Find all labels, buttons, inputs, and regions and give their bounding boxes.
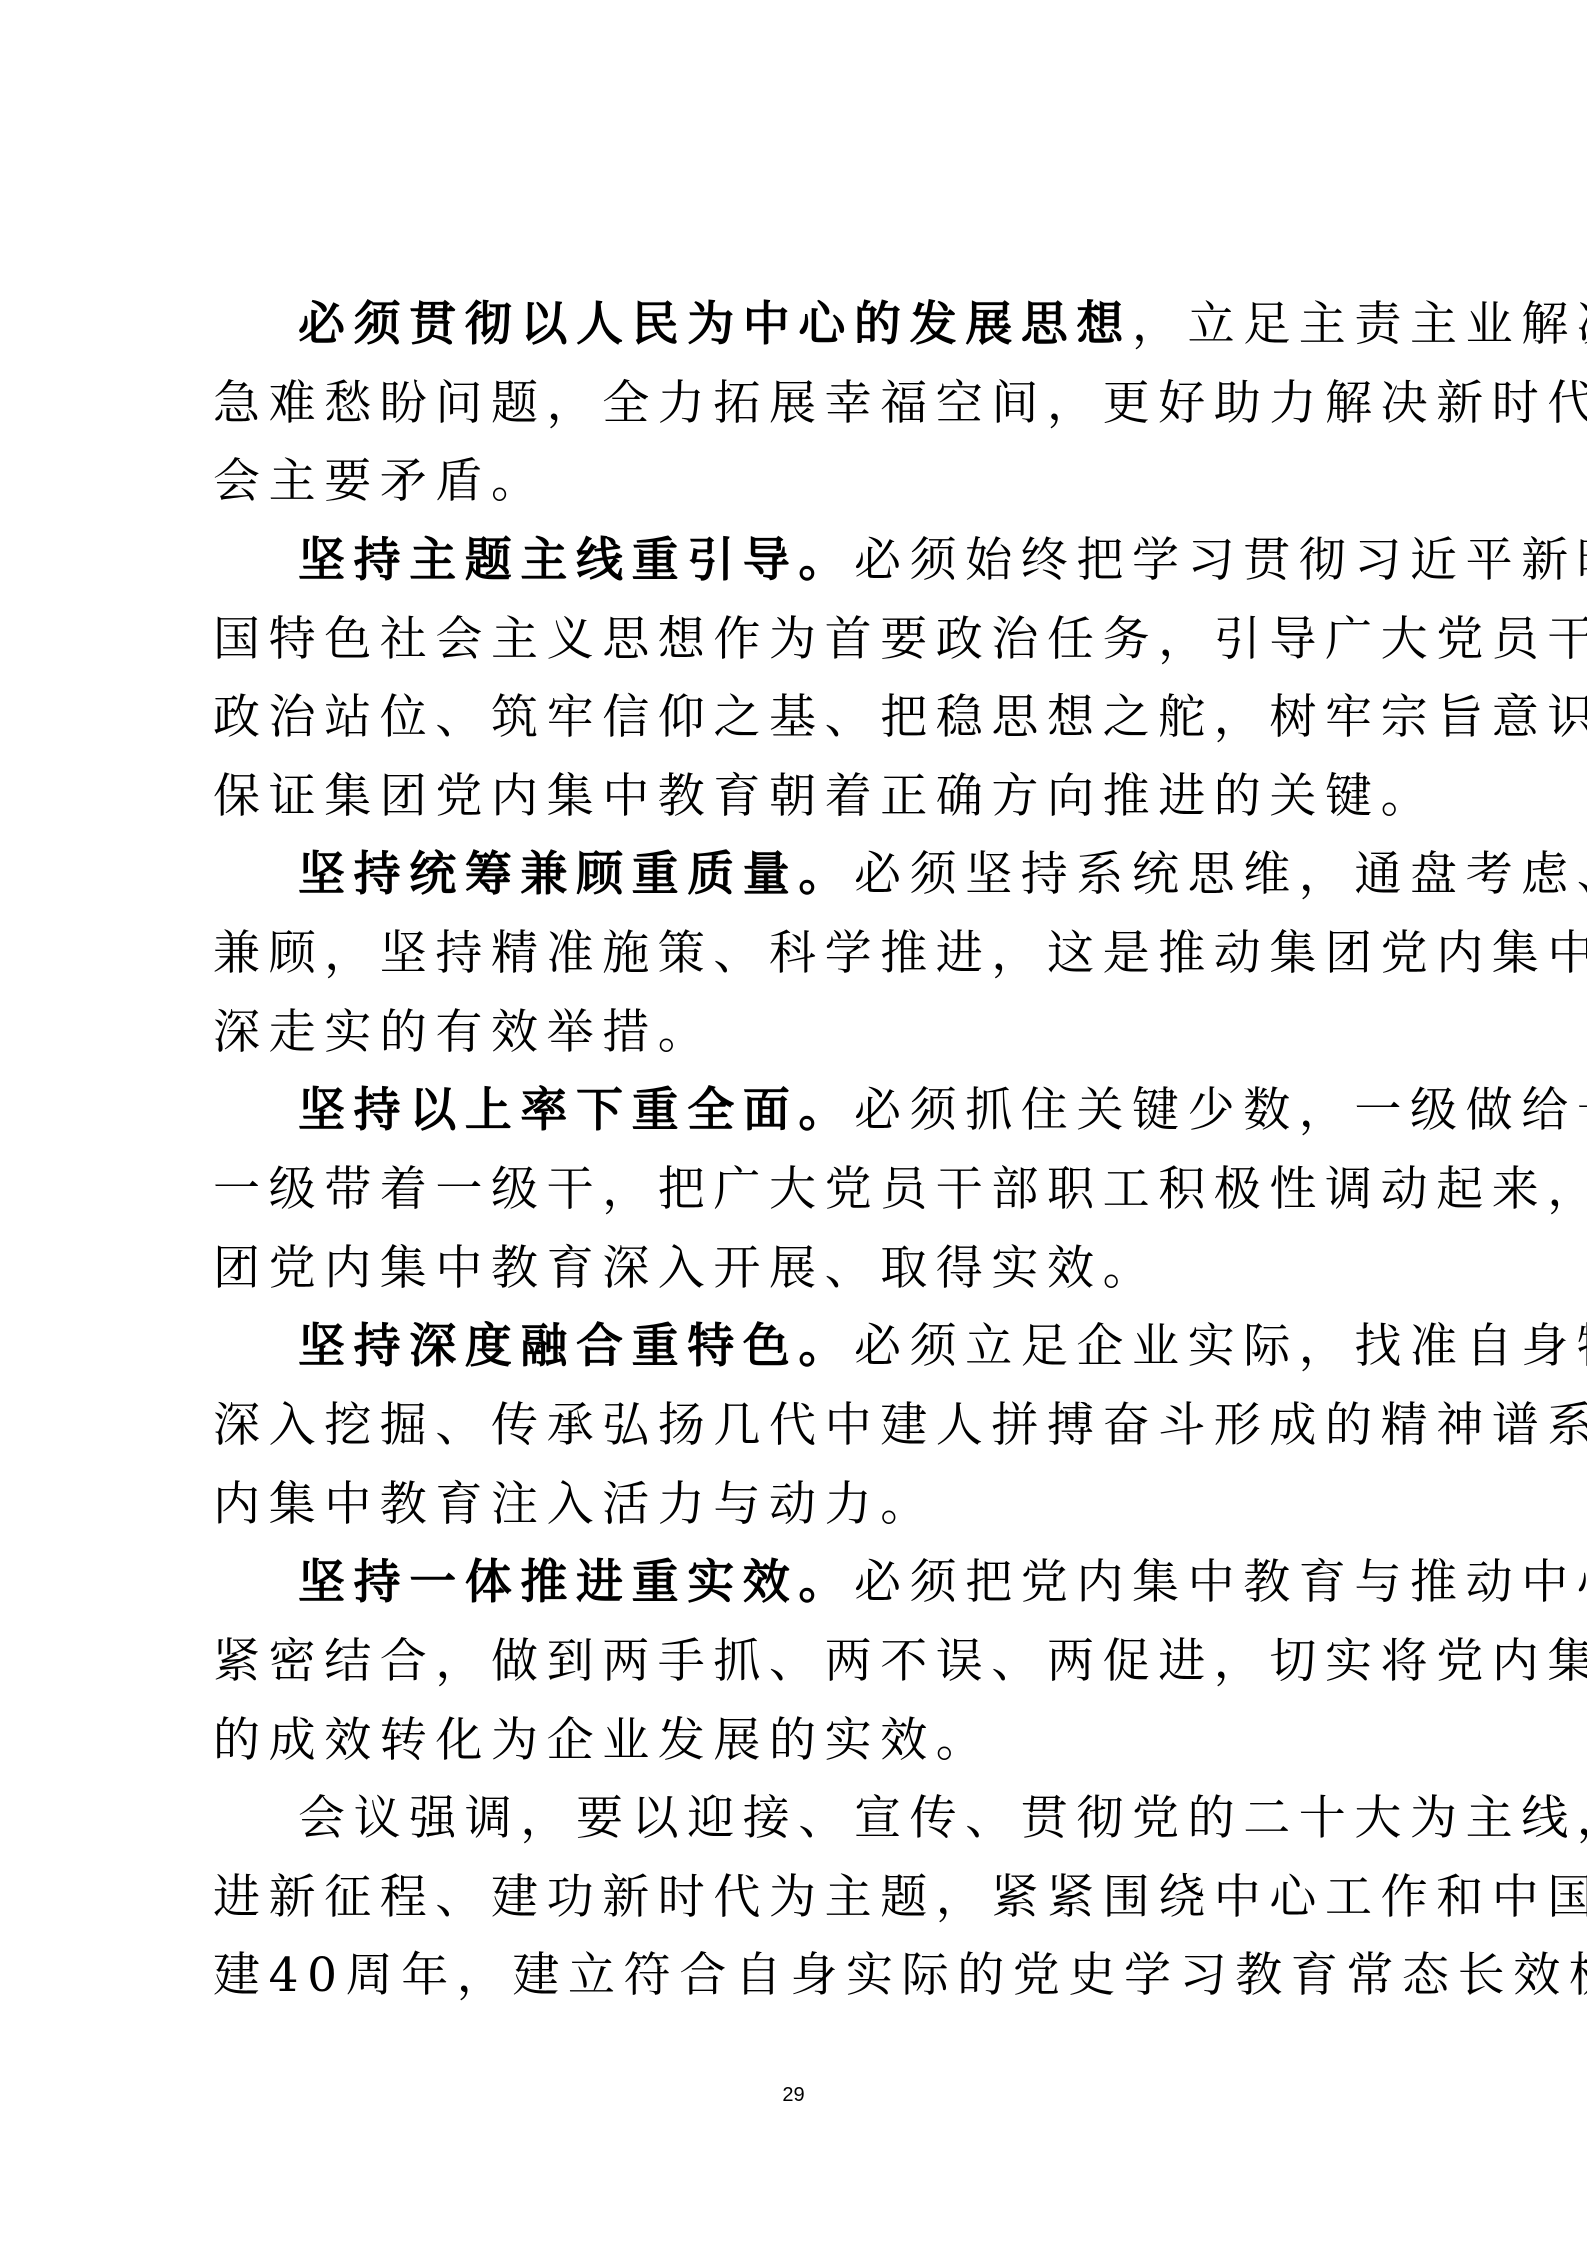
paragraph-7-line-3: 建40周年，建立符合自身实际的党史学习教育常态长效机制， bbox=[213, 1937, 1393, 2016]
paragraph-2-line-4: 保证集团党内集中教育朝着正确方向推进的关键。 bbox=[213, 758, 1393, 837]
paragraph-5-line-1: 坚持深度融合重特色。必须立足企业实际，找准自身特点， bbox=[213, 1308, 1393, 1387]
paragraph-6-line-2: 紧密结合，做到两手抓、两不误、两促进，切实将党内集中教育 bbox=[213, 1623, 1393, 1702]
paragraph-4-line-2: 一级带着一级干，把广大党员干部职工积极性调动起来，推动集 bbox=[213, 1151, 1393, 1230]
bold-lead: 坚持深度融合重特色。 bbox=[298, 1319, 854, 1374]
body-text: 必须贯彻以人民为中心的发展思想，立足主责主业解决群众 急难愁盼问题，全力拓展幸福… bbox=[213, 286, 1393, 2016]
paragraph-5-line-2: 深入挖掘、传承弘扬几代中建人拼搏奋斗形成的精神谱系，为党 bbox=[213, 1387, 1393, 1466]
paragraph-6-line-1: 坚持一体推进重实效。必须把党内集中教育与推动中心工作 bbox=[213, 1544, 1393, 1623]
paragraph-1-line-2: 急难愁盼问题，全力拓展幸福空间，更好助力解决新时代我国社 bbox=[213, 365, 1393, 444]
paragraph-6-line-3: 的成效转化为企业发展的实效。 bbox=[213, 1702, 1393, 1781]
bold-lead: 必须贯彻以人民为中心的发展思想 bbox=[298, 297, 1132, 352]
bold-lead: 坚持以上率下重全面。 bbox=[298, 1083, 854, 1138]
paragraph-4-line-3: 团党内集中教育深入开展、取得实效。 bbox=[213, 1230, 1393, 1309]
bold-lead: 坚持一体推进重实效。 bbox=[298, 1555, 854, 1610]
bold-lead: 坚持主题主线重引导。 bbox=[298, 533, 854, 588]
paragraph-3-line-3: 深走实的有效举措。 bbox=[213, 994, 1393, 1073]
paragraph-2-line-1: 坚持主题主线重引导。必须始终把学习贯彻习近平新时代中 bbox=[213, 522, 1393, 601]
paragraph-3-line-2: 兼顾，坚持精准施策、科学推进，这是推动集团党内集中教育走 bbox=[213, 915, 1393, 994]
paragraph-2-line-2: 国特色社会主义思想作为首要政治任务，引导广大党员干部提高 bbox=[213, 601, 1393, 680]
paragraph-3-line-1: 坚持统筹兼顾重质量。必须坚持系统思维，通盘考虑、统筹 bbox=[213, 836, 1393, 915]
paragraph-1-line-1: 必须贯彻以人民为中心的发展思想，立足主责主业解决群众 bbox=[213, 286, 1393, 365]
paragraph-4-line-1: 坚持以上率下重全面。必须抓住关键少数，一级做给一级看， bbox=[213, 1072, 1393, 1151]
paragraph-2-line-3: 政治站位、筑牢信仰之基、把稳思想之舵，树牢宗旨意识，这是 bbox=[213, 679, 1393, 758]
document-page: 必须贯彻以人民为中心的发展思想，立足主责主业解决群众 急难愁盼问题，全力拓展幸福… bbox=[0, 0, 1587, 2245]
bold-lead: 坚持统筹兼顾重质量。 bbox=[298, 847, 854, 902]
paragraph-7-line-1: 会议强调，要以迎接、宣传、贯彻党的二十大为主线，以奋 bbox=[213, 1780, 1393, 1859]
page-number: 29 bbox=[0, 2084, 1587, 2107]
paragraph-5-line-3: 内集中教育注入活力与动力。 bbox=[213, 1466, 1393, 1545]
paragraph-7-line-2: 进新征程、建功新时代为主题，紧紧围绕中心工作和中国建筑组 bbox=[213, 1859, 1393, 1938]
paragraph-1-line-3: 会主要矛盾。 bbox=[213, 443, 1393, 522]
